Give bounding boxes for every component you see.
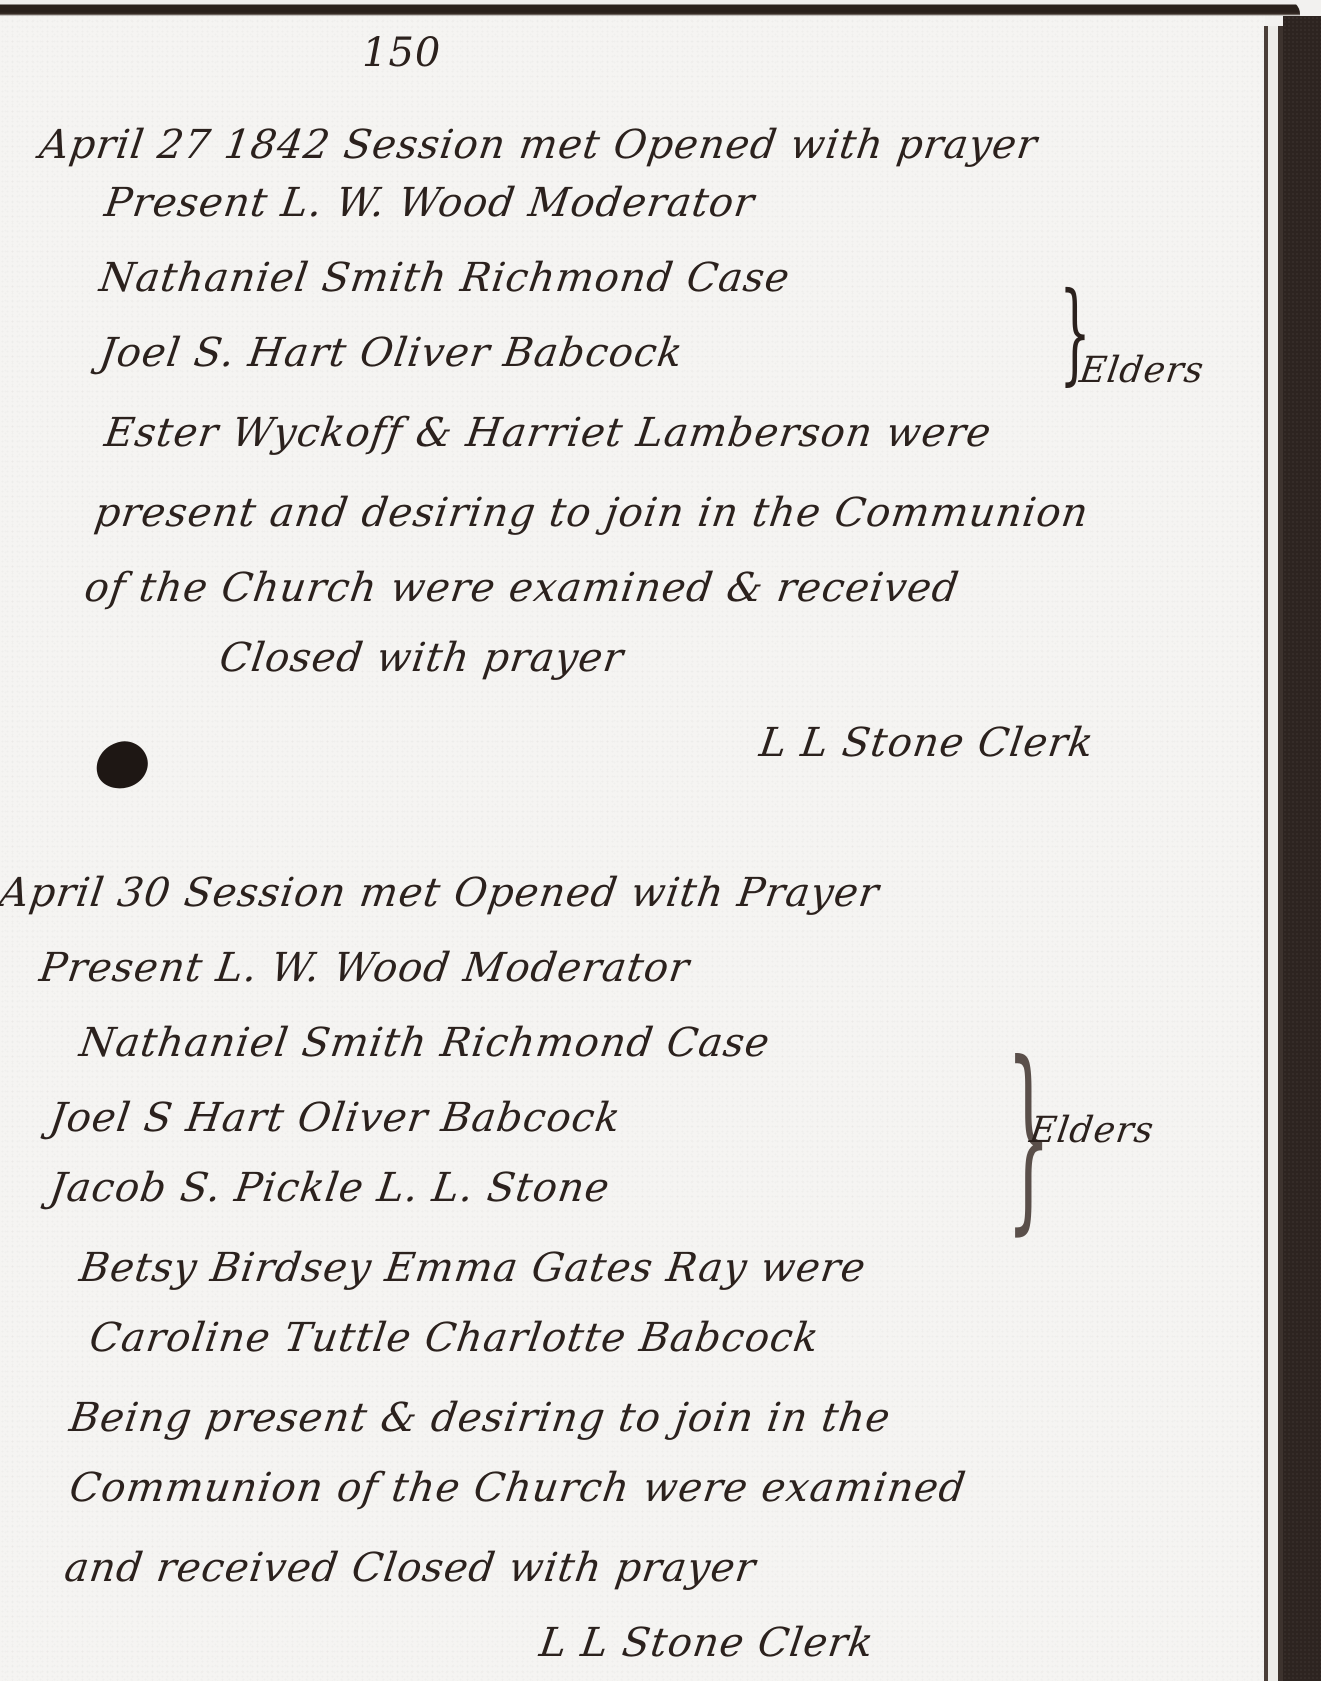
entry-line: Present L. W. Wood Moderator: [37, 945, 693, 991]
entry-line: Being present & desiring to join in the: [67, 1395, 894, 1441]
clerk-signature: L L Stone Clerk: [757, 720, 1097, 766]
elders-label: Elders: [1027, 1110, 1157, 1151]
entry-line: Ester Wyckoff & Harriet Lamberson were: [102, 410, 995, 456]
entry-line: Betsy Birdsey Emma Gates Ray were: [77, 1245, 869, 1291]
entry-line: Nathaniel Smith Richmond Case: [77, 1020, 773, 1066]
entry-line: of the Church were examined & received: [82, 565, 962, 611]
closing-line: Closed with prayer: [217, 635, 627, 681]
entry-heading: April 30 Session met Opened with Prayer: [0, 870, 882, 916]
book-cover-edge: [1283, 16, 1321, 1681]
entry-line: present and desiring to join in the Comm…: [92, 490, 1092, 536]
entry-line: and received Closed with prayer: [62, 1545, 759, 1591]
clerk-signature: L L Stone Clerk: [537, 1620, 877, 1666]
entry-line: Caroline Tuttle Charlotte Babcock: [87, 1315, 822, 1361]
book-top-edge: [0, 0, 1300, 16]
page-number: 150: [362, 30, 441, 76]
entry-line: Joel S Hart Oliver Babcock: [47, 1095, 624, 1141]
entry-line: Nathaniel Smith Richmond Case: [97, 255, 793, 301]
entry-line: Present L. W. Wood Moderator: [102, 180, 758, 226]
entry-heading: April 27 1842 Session met Opened with pr…: [37, 122, 1041, 168]
entry-line: Joel S. Hart Oliver Babcock: [97, 330, 686, 376]
entry-line: Communion of the Church were examined: [67, 1465, 969, 1511]
document-page: 150 April 27 1842 Session met Opened wit…: [0, 0, 1321, 1681]
entry-line: Jacob S. Pickle L. L. Stone: [47, 1165, 613, 1211]
elders-label: Elders: [1077, 350, 1207, 391]
